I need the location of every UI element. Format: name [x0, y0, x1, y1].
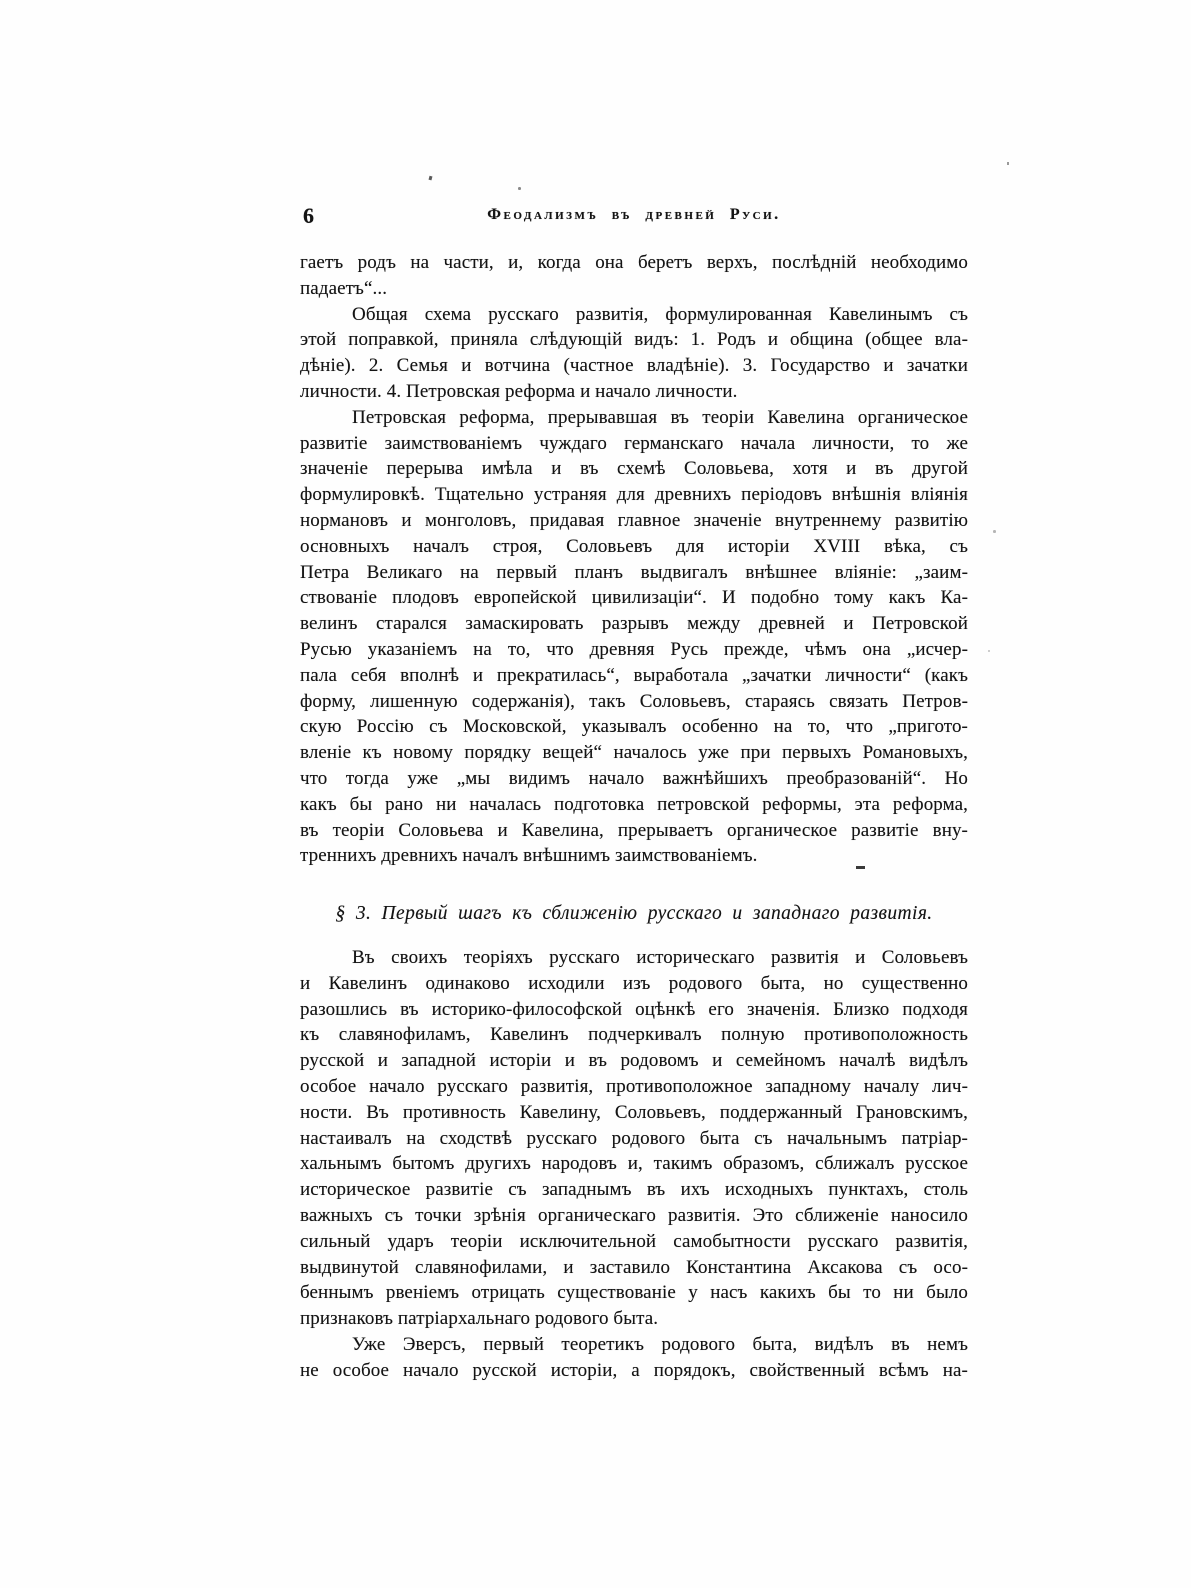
text-line: треннихъ древнихъ началъ внѣшнимъ заимст…	[300, 843, 968, 869]
text-line: что тогда уже „мы видимъ начало важнѣйши…	[300, 766, 968, 792]
text-line: ствованіе плодовъ европейской цивилизаці…	[300, 585, 968, 611]
body-text-block-2: Въ своихъ теоріяхъ русскаго историческаг…	[300, 945, 968, 1384]
text-line: нормановъ и монголовъ, придавая главное …	[300, 508, 968, 534]
text-line: формулировкѣ. Тщательно устраняя для дре…	[300, 482, 968, 508]
text-line: значеніе перерыва имѣла и въ схемѣ Солов…	[300, 456, 968, 482]
text-line: и Кавелинъ одинаково исходили изъ родово…	[300, 971, 968, 997]
text-line: этой поправкой, приняла слѣдующій видъ: …	[300, 327, 968, 353]
text-line: Петра Великаго на первый планъ выдвигалъ…	[300, 560, 968, 586]
text-line: велинъ старался замаскировать разрывъ ме…	[300, 611, 968, 637]
body-text-block-1: гаетъ родъ на части, и, когда она беретъ…	[300, 250, 968, 869]
text-line: пала себя вполнѣ и прекратилась“, вырабо…	[300, 663, 968, 689]
running-title: Феодализмъ въ древней Руси.	[300, 206, 968, 224]
section-heading: § 3. Первый шагъ къ сближенію русскаго и…	[300, 903, 968, 925]
text-line: Русью указаніемъ на то, что древняя Русь…	[300, 637, 968, 663]
text-line: русской и западной исторіи и въ родовомъ…	[300, 1048, 968, 1074]
text-line: Въ своихъ теоріяхъ русскаго историческаг…	[300, 945, 968, 971]
ink-speck	[1007, 162, 1009, 165]
text-line: особое начало русскаго развитія, противо…	[300, 1074, 968, 1100]
scanned-book-page: 6 Феодализмъ въ древней Руси. гаетъ родъ…	[0, 0, 1191, 1588]
ink-dash-artifact	[856, 866, 865, 869]
ink-speck	[429, 176, 432, 181]
text-line: настаивалъ на сходствѣ русскаго родового…	[300, 1126, 968, 1152]
text-line: важныхъ съ точки зрѣнія органическаго ра…	[300, 1203, 968, 1229]
text-line: не особое начало русской исторіи, а поря…	[300, 1358, 968, 1384]
text-line: личности. 4. Петровская реформа и начало…	[300, 379, 968, 405]
text-line: выдвинутой славянофилами, и заставило Ко…	[300, 1255, 968, 1281]
text-line: дѣніе). 2. Семья и вотчина (частное влад…	[300, 353, 968, 379]
text-line: скую Россію съ Московской, указывалъ осо…	[300, 714, 968, 740]
text-line: къ славянофиламъ, Кавелинъ подчеркивалъ …	[300, 1022, 968, 1048]
text-line: Петровская реформа, прерывавшая въ теорі…	[300, 405, 968, 431]
text-line: беннымъ рвеніемъ отрицать существованіе …	[300, 1280, 968, 1306]
text-line: Общая схема русскаго развитія, формулиро…	[300, 302, 968, 328]
text-line: вленіе къ новому порядку вещей“ началось…	[300, 740, 968, 766]
text-line: форму, лишенную содержанія), такъ Соловь…	[300, 689, 968, 715]
text-line: историческое развитіе съ западнымъ въ их…	[300, 1177, 968, 1203]
ink-speck	[518, 187, 521, 190]
ink-speck	[993, 530, 996, 533]
text-line: хальнымъ бытомъ другихъ народовъ и, таки…	[300, 1151, 968, 1177]
text-line: признаковъ патріархальнаго родового быта…	[300, 1306, 968, 1332]
text-line: какъ бы рано ни началась подготовка петр…	[300, 792, 968, 818]
text-line: ности. Въ противность Кавелину, Соловьев…	[300, 1100, 968, 1126]
text-line: развитіе заимствованіемъ чуждаго германс…	[300, 431, 968, 457]
text-line: сильный ударъ теоріи исключительной само…	[300, 1229, 968, 1255]
text-line: падаетъ“...	[300, 276, 968, 302]
text-line: въ теоріи Соловьева и Кавелина, прерывае…	[300, 818, 968, 844]
text-line: разошлись въ историко-философской оцѣнкѣ…	[300, 997, 968, 1023]
ink-speck	[988, 650, 990, 652]
text-line: гаетъ родъ на части, и, когда она беретъ…	[300, 250, 968, 276]
text-line: основныхъ началъ строя, Соловьевъ для ис…	[300, 534, 968, 560]
text-line: Уже Эверсъ, первый теоретикъ родового бы…	[300, 1332, 968, 1358]
